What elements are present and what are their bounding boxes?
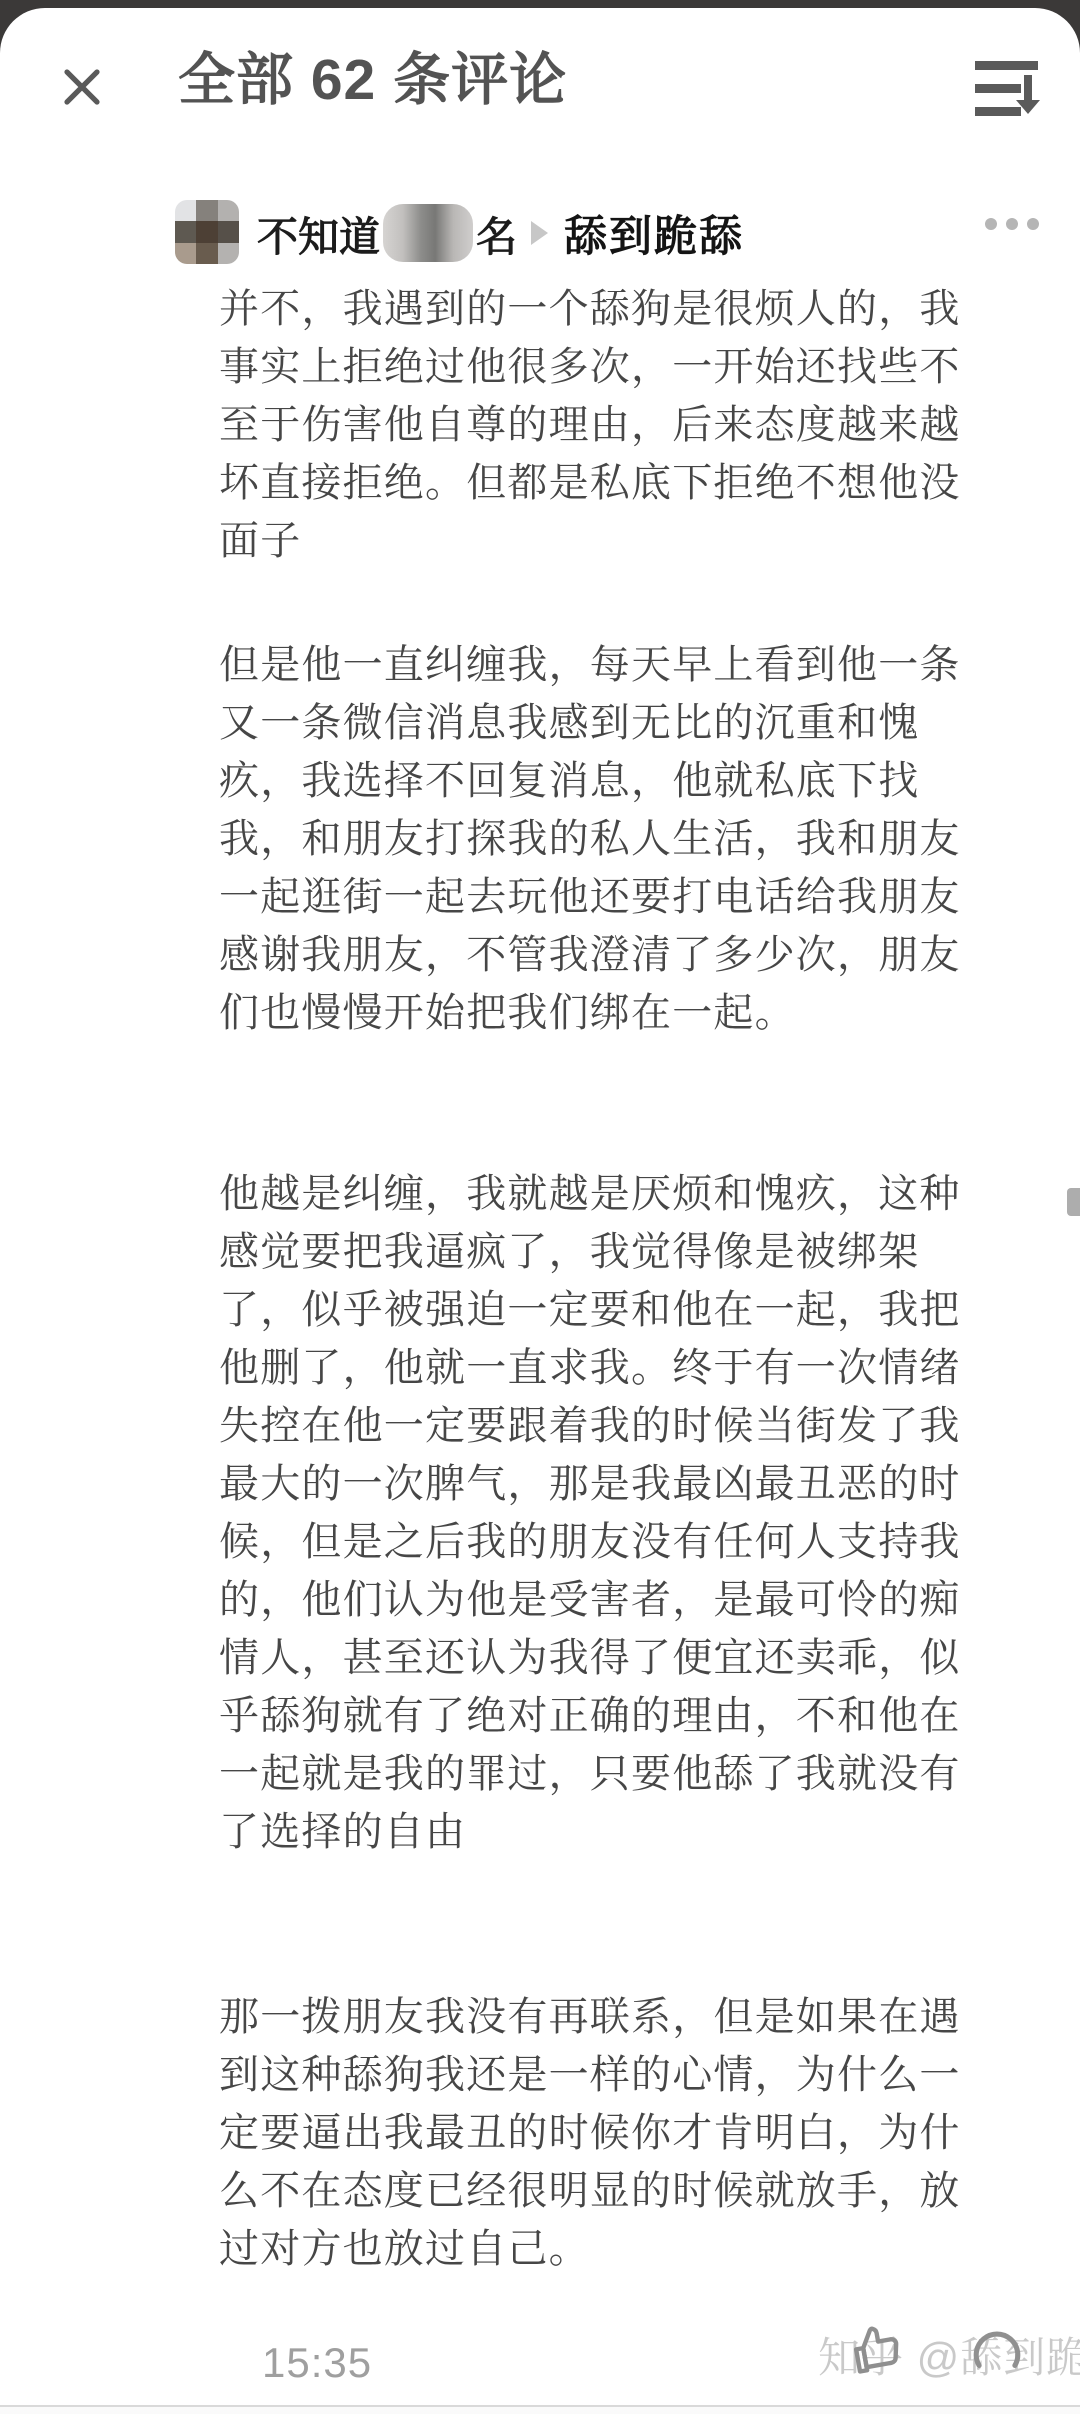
comment-paragraph: 他越是纠缠，我就越是厌烦和愧疚，这种 感觉要把我逼疯了，我觉得像是被绑架 了，似… <box>219 1165 961 1861</box>
comment-author-row: 不知道 名 舔到跪舔 <box>257 200 744 266</box>
bottom-divider <box>0 2405 1080 2414</box>
comment-paragraph: 那一拨朋友我没有再联系，但是如果在遇 到这种舔狗我还是一样的心情，为什么一 定要… <box>219 1988 961 2278</box>
scrollbar-thumb[interactable] <box>1067 1188 1080 1216</box>
sort-comments-icon[interactable] <box>975 58 1041 120</box>
author-name-prefix[interactable]: 不知道 <box>257 204 380 263</box>
reply-arrow-icon <box>531 221 548 245</box>
modal-header: 全部 62 条评论 <box>0 8 1080 168</box>
reply-to-name[interactable]: 舔到跪舔 <box>564 203 744 264</box>
reply-bubble-icon[interactable] <box>968 2326 1026 2388</box>
comments-modal: 全部 62 条评论 不知道 名 舔到跪舔 并不，我遇到的一个舔狗是很烦人的，我 … <box>0 8 1080 2414</box>
more-options-icon[interactable] <box>985 218 1039 230</box>
comment-timestamp: 15:35 <box>262 2339 372 2387</box>
modal-title: 全部 62 条评论 <box>178 48 567 112</box>
like-icon[interactable] <box>840 2313 912 2385</box>
author-name-suffix[interactable]: 名 <box>476 204 517 263</box>
avatar[interactable] <box>175 200 239 264</box>
author-name-censor-blur <box>383 204 473 262</box>
close-icon[interactable] <box>58 63 106 111</box>
comment-paragraph: 但是他一直纠缠我，每天早上看到他一条 又一条微信消息我感到无比的沉重和愧 疚，我… <box>219 636 961 1042</box>
comment-paragraph: 并不，我遇到的一个舔狗是很烦人的，我 事实上拒绝过他很多次，一开始还找些不 至于… <box>219 280 961 570</box>
